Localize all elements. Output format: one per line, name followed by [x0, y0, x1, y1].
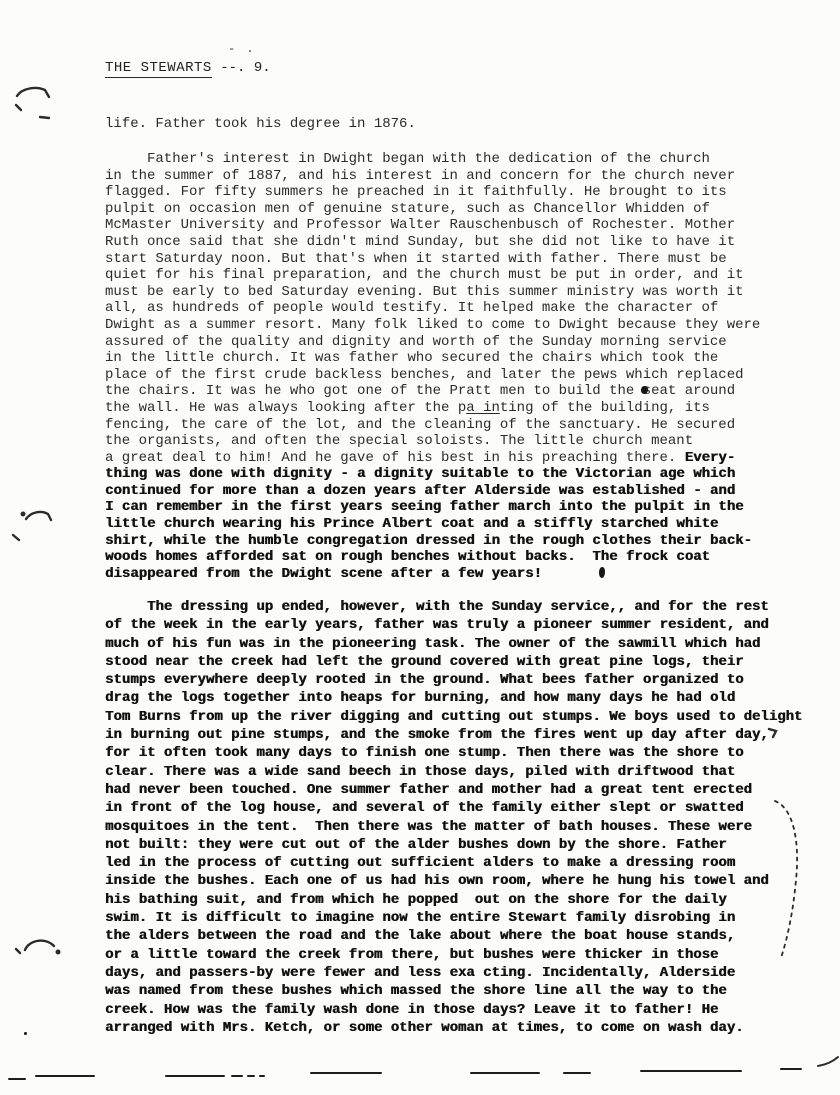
paragraph-church-ministry: Father's interest in Dwight began with t… — [105, 151, 760, 582]
text-line: shirt, while the humble congregation dre… — [105, 533, 760, 550]
text-line: disappeared from the Dwight scene after … — [105, 566, 760, 583]
text-line: in the summer of 1887, and his interest … — [105, 168, 760, 185]
text-line: The dressing up ended, however, with the… — [105, 598, 802, 616]
text-line: the organists, and often the special sol… — [105, 433, 760, 450]
text-line: Ruth once said that she didn't mind Sund… — [105, 234, 760, 251]
text-line: place of the first crude backless benche… — [105, 367, 760, 384]
text-line: McMaster University and Professor Walter… — [105, 217, 760, 234]
text-line: of the week in the early years, father w… — [105, 616, 802, 634]
text-line: pulpit on occasion men of genuine statur… — [105, 201, 760, 218]
page-number: --. 9. — [212, 60, 271, 76]
text-line: stood near the creek had left the ground… — [105, 653, 802, 671]
pencil-squiggle-lower-left — [16, 941, 59, 954]
text-line: all, as hundreds of people would testify… — [105, 300, 760, 317]
text-line: swim. It is difficult to imagine now the… — [105, 909, 802, 927]
text-line: little church wearing his Prince Albert … — [105, 516, 760, 533]
text-line: the alders between the road and the lake… — [105, 927, 802, 945]
text-line: Dwight as a summer resort. Many folk lik… — [105, 317, 760, 334]
text-line: in the little church. It was father who … — [105, 350, 760, 367]
text-line: mosquitoes in the tent. Then there was t… — [105, 818, 802, 836]
pencil-squiggle-top-left — [16, 88, 49, 118]
pencil-squiggle-mid-left — [13, 512, 51, 540]
text-line: in front of the log house, and several o… — [105, 799, 802, 817]
text-line: Father's interest in Dwight began with t… — [105, 151, 760, 168]
text-line: much of his fun was in the pioneering ta… — [105, 635, 802, 653]
pencil-curve-bottom-right — [818, 1057, 838, 1066]
text-line: his bathing suit, and from which he popp… — [105, 891, 802, 909]
text-line: for it often took many days to finish on… — [105, 744, 802, 762]
text-line: must be early to bed Saturday evening. B… — [105, 284, 760, 301]
text-line: start Saturday noon. But that's when it … — [105, 251, 760, 268]
pencil-dot-bottom-left — [24, 1032, 27, 1035]
text-line: fencing, the care of the lot, and the cl… — [105, 417, 760, 434]
text-line: clear. There was a wide sand beech in th… — [105, 763, 802, 781]
text-line: continued for more than a dozen years af… — [105, 483, 760, 500]
text-line: led in the process of cutting out suffic… — [105, 854, 802, 872]
text-line: flagged. For fifty summers he preached i… — [105, 184, 760, 201]
text-line: the chairs. It was he who got one of the… — [105, 383, 760, 400]
text-line: was named from these bushes which massed… — [105, 982, 802, 1000]
text-line: inside the bushes. Each one of us had hi… — [105, 872, 802, 890]
text-line: stumps everywhere deeply rooted in the g… — [105, 671, 802, 689]
text-line: had never been touched. One summer fathe… — [105, 781, 802, 799]
page-header: THE STEWARTS --. 9. — [105, 60, 271, 76]
text-line: days, and passers-by were fewer and less… — [105, 964, 802, 982]
text-line: in burning out pine stumps, and the smok… — [105, 726, 802, 744]
text-line: not built: they were cut out of the alde… — [105, 836, 802, 854]
text-line: quiet for his final preparation, and the… — [105, 267, 760, 284]
text-line: a great deal to him! And he gave of his … — [105, 450, 760, 467]
text-line: assured of the quality and dignity and w… — [105, 334, 760, 351]
text-line: thing was done with dignity - a dignity … — [105, 466, 760, 483]
intro-line: life. Father took his degree in 1876. — [105, 116, 416, 132]
text-line: arranged with Mrs. Ketch, or some other … — [105, 1019, 802, 1037]
text-line: woods homes afforded sat on rough benche… — [105, 549, 760, 566]
paragraph-pioneer-summers: The dressing up ended, however, with the… — [105, 598, 802, 1037]
document-title: THE STEWARTS — [105, 60, 212, 78]
text-line: creek. How was the family wash done in t… — [105, 1001, 802, 1019]
text-line: I can remember in the first years seeing… — [105, 499, 760, 516]
text-line: the wall. He was always looking after th… — [105, 400, 760, 417]
text-line: drag the logs together into heaps for bu… — [105, 689, 802, 707]
text-line: or a little toward the creek from there,… — [105, 946, 802, 964]
text-line: Tom Burns from up the river digging and … — [105, 708, 802, 726]
scanned-document-page: - . THE STEWARTS --. 9. life. Father too… — [0, 0, 840, 1095]
header-pencil-tick: - . — [228, 42, 256, 56]
